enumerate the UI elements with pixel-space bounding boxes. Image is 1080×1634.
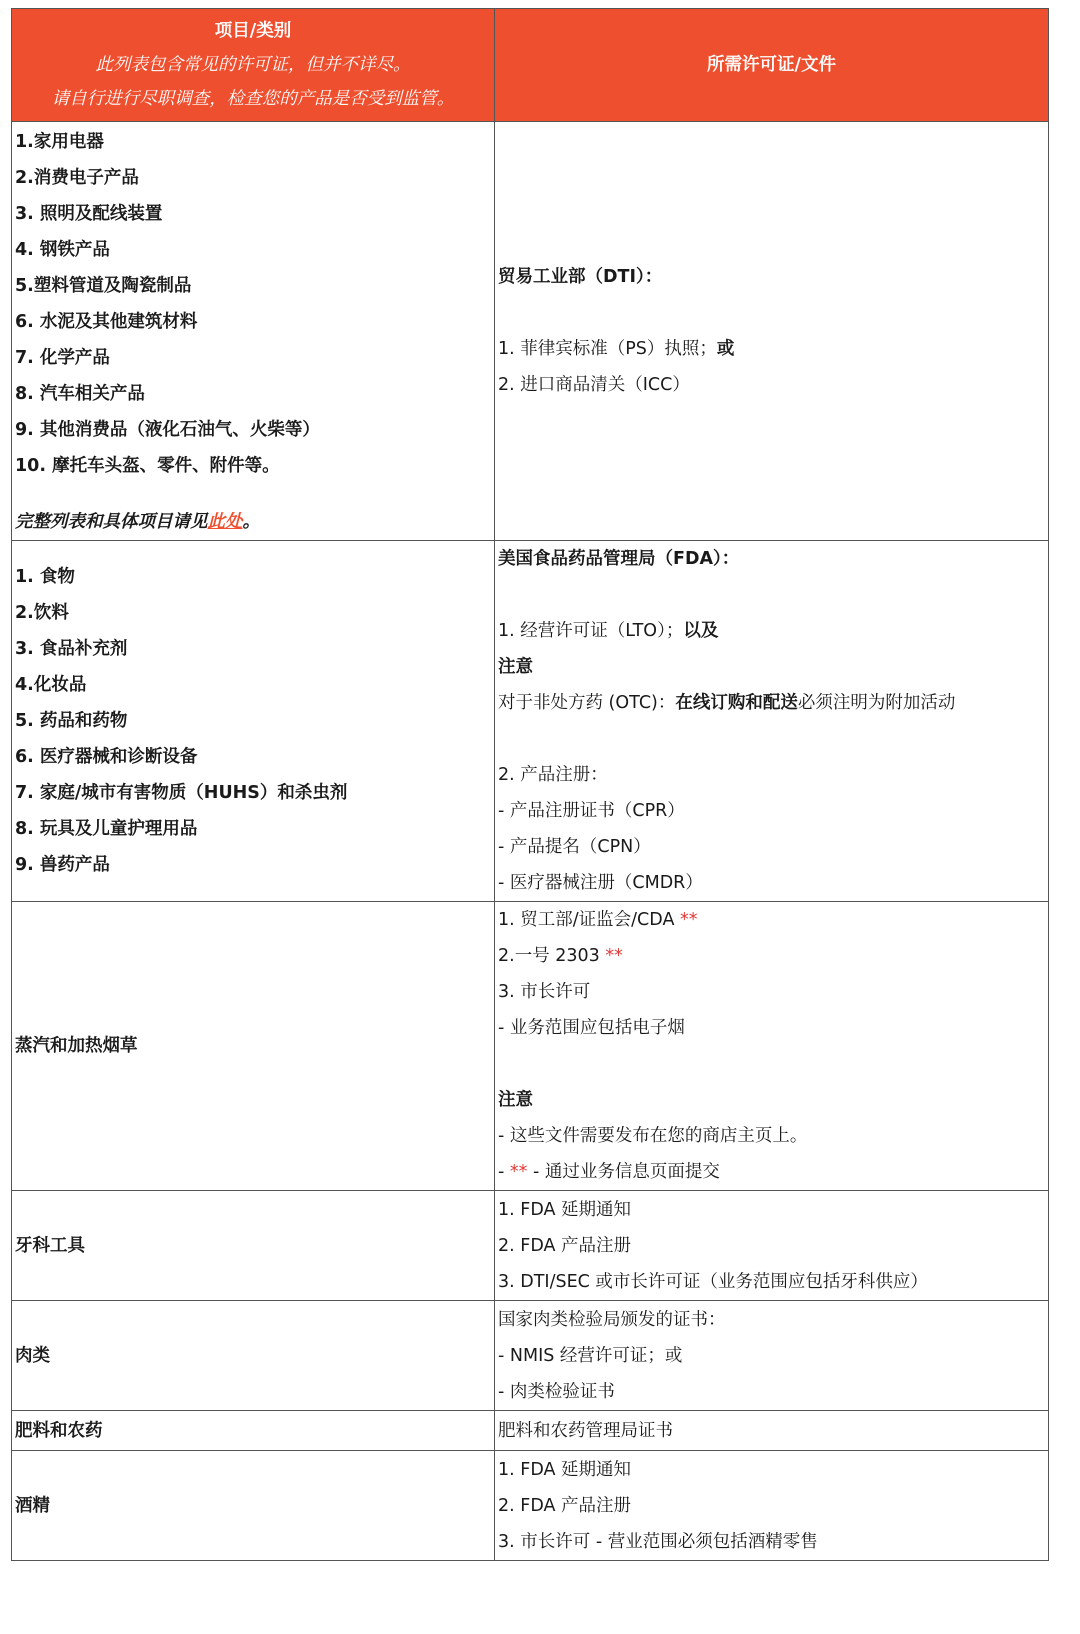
permit-item: 肥料和农药管理局证书 xyxy=(498,1413,1045,1449)
category-item: 9. 其他消费品（液化石油气、火柴等） xyxy=(15,412,491,448)
permit-item: 1. FDA 延期通知 xyxy=(498,1192,1045,1228)
table-row: 蒸汽和加热烟草 1. 贸工部/证监会/CDA ** 2.一号 2303 ** 3… xyxy=(12,902,1049,1191)
table-row: 肉类 国家肉类检验局颁发的证书： - NMIS 经营许可证；或 - 肉类检验证书 xyxy=(12,1301,1049,1411)
category-label: 蒸汽和加热烟草 xyxy=(15,1028,491,1064)
category-cell: 1.家用电器 2.消费电子产品 3. 照明及配线装置 4. 钢铁产品 5.塑料管… xyxy=(12,122,495,541)
category-item: 6. 水泥及其他建筑材料 xyxy=(15,304,491,340)
permit-item: 1. 菲律宾标准（PS）执照；或 xyxy=(498,331,1045,367)
category-label: 肥料和农药 xyxy=(15,1413,491,1449)
category-item: 4.化妆品 xyxy=(15,667,491,703)
permit-item: 3. DTI/SEC 或市长许可证（业务范围应包括牙科供应） xyxy=(498,1264,1045,1300)
category-cell: 酒精 xyxy=(12,1451,495,1561)
category-item: 3. 照明及配线装置 xyxy=(15,196,491,232)
category-cell: 蒸汽和加热烟草 xyxy=(12,902,495,1191)
table-row: 酒精 1. FDA 延期通知 2. FDA 产品注册 3. 市长许可 - 营业范… xyxy=(12,1451,1049,1561)
permit-item: 1. 经营许可证（LTO）；以及 xyxy=(498,613,1045,649)
permit-item: 3. 市长许可 - 营业范围必须包括酒精零售 xyxy=(498,1524,1045,1560)
permits-table: 项目/类别 此列表包含常见的许可证，但并不详尽。 请自行进行尽职调查，检查您的产… xyxy=(11,8,1049,1561)
category-label: 肉类 xyxy=(15,1338,491,1374)
category-item: 7. 化学产品 xyxy=(15,340,491,376)
category-item: 1. 食物 xyxy=(15,559,491,595)
permit-subitem: - 医疗器械注册（CMDR） xyxy=(498,865,1045,901)
category-label: 牙科工具 xyxy=(15,1228,491,1264)
category-item: 2.饮料 xyxy=(15,595,491,631)
permits-cell: 肥料和农药管理局证书 xyxy=(495,1411,1049,1451)
category-item: 6. 医疗器械和诊断设备 xyxy=(15,739,491,775)
permit-item: 1. 贸工部/证监会/CDA ** xyxy=(498,902,1045,938)
permit-subitem: - 产品提名（CPN） xyxy=(498,829,1045,865)
category-item: 5. 药品和药物 xyxy=(15,703,491,739)
table-row: 牙科工具 1. FDA 延期通知 2. FDA 产品注册 3. DTI/SEC … xyxy=(12,1191,1049,1301)
category-cell: 1. 食物 2.饮料 3. 食品补充剂 4.化妆品 5. 药品和药物 6. 医疗… xyxy=(12,541,495,902)
permit-item: 2.一号 2303 ** xyxy=(498,938,1045,974)
table-row: 1. 食物 2.饮料 3. 食品补充剂 4.化妆品 5. 药品和药物 6. 医疗… xyxy=(12,541,1049,902)
category-item: 8. 汽车相关产品 xyxy=(15,376,491,412)
permits-cell: 1. FDA 延期通知 2. FDA 产品注册 3. 市长许可 - 营业范围必须… xyxy=(495,1451,1049,1561)
agency-label: 贸易工业部（DTI）： xyxy=(498,259,1045,295)
table-row: 1.家用电器 2.消费电子产品 3. 照明及配线装置 4. 钢铁产品 5.塑料管… xyxy=(12,122,1049,541)
category-cell: 肉类 xyxy=(12,1301,495,1411)
header-permits-title: 所需许可证/文件 xyxy=(498,48,1045,82)
permit-item: 2. 进口商品清关（ICC） xyxy=(498,367,1045,403)
table-header-row: 项目/类别 此列表包含常见的许可证，但并不详尽。 请自行进行尽职调查，检查您的产… xyxy=(12,9,1049,122)
permit-item: - 肉类检验证书 xyxy=(498,1374,1045,1410)
note-label: 注意 xyxy=(498,649,1045,685)
category-item: 5.塑料管道及陶瓷制品 xyxy=(15,268,491,304)
permits-cell: 1. FDA 延期通知 2. FDA 产品注册 3. DTI/SEC 或市长许可… xyxy=(495,1191,1049,1301)
asterisk-marker: ** xyxy=(680,910,698,930)
header-permits-cell: 所需许可证/文件 xyxy=(495,9,1049,122)
permits-cell: 美国食品药品管理局（FDA）： 1. 经营许可证（LTO）；以及 注意 对于非处… xyxy=(495,541,1049,902)
permit-item: 2. 产品注册： xyxy=(498,757,1045,793)
category-item: 1.家用电器 xyxy=(15,124,491,160)
note-text: - ** - 通过业务信息页面提交 xyxy=(498,1154,1045,1190)
permit-item: 1. FDA 延期通知 xyxy=(498,1452,1045,1488)
note-text: 对于非处方药 (OTC)：在线订购和配送必须注明为附加活动 xyxy=(498,685,1045,721)
category-item: 4. 钢铁产品 xyxy=(15,232,491,268)
full-list-link[interactable]: 此处 xyxy=(208,512,243,532)
header-disclaimer-2: 请自行进行尽职调查，检查您的产品是否受到监管。 xyxy=(15,82,491,116)
category-cell: 牙科工具 xyxy=(12,1191,495,1301)
permit-subitem: - 产品注册证书（CPR） xyxy=(498,793,1045,829)
asterisk-marker: ** xyxy=(510,1162,528,1182)
table-row: 肥料和农药 肥料和农药管理局证书 xyxy=(12,1411,1049,1451)
category-item: 10. 摩托车头盔、零件、附件等。 xyxy=(15,448,491,484)
permits-cell: 1. 贸工部/证监会/CDA ** 2.一号 2303 ** 3. 市长许可 -… xyxy=(495,902,1049,1191)
asterisk-marker: ** xyxy=(605,946,623,966)
permit-item: - NMIS 经营许可证；或 xyxy=(498,1338,1045,1374)
category-item: 9. 兽药产品 xyxy=(15,847,491,883)
permit-subitem: - 业务范围应包括电子烟 xyxy=(498,1010,1045,1046)
note-text: - 这些文件需要发布在您的商店主页上。 xyxy=(498,1118,1045,1154)
note-label: 注意 xyxy=(498,1082,1045,1118)
permits-cell: 国家肉类检验局颁发的证书： - NMIS 经营许可证；或 - 肉类检验证书 xyxy=(495,1301,1049,1411)
header-category-title: 项目/类别 xyxy=(15,14,491,48)
permits-cell: 贸易工业部（DTI）： 1. 菲律宾标准（PS）执照；或 2. 进口商品清关（I… xyxy=(495,122,1049,541)
category-item: 8. 玩具及儿童护理用品 xyxy=(15,811,491,847)
full-list-footnote: 完整列表和具体项目请见此处。 xyxy=(15,504,491,540)
agency-label: 美国食品药品管理局（FDA）： xyxy=(498,541,1045,577)
header-disclaimer-1: 此列表包含常见的许可证，但并不详尽。 xyxy=(15,48,491,82)
category-label: 酒精 xyxy=(15,1488,491,1524)
category-item: 7. 家庭/城市有害物质（HUHS）和杀虫剂 xyxy=(15,775,491,811)
permit-item: 3. 市长许可 xyxy=(498,974,1045,1010)
permit-item: 2. FDA 产品注册 xyxy=(498,1488,1045,1524)
permit-item: 2. FDA 产品注册 xyxy=(498,1228,1045,1264)
header-category-cell: 项目/类别 此列表包含常见的许可证，但并不详尽。 请自行进行尽职调查，检查您的产… xyxy=(12,9,495,122)
category-cell: 肥料和农药 xyxy=(12,1411,495,1451)
category-item: 2.消费电子产品 xyxy=(15,160,491,196)
category-item: 3. 食品补充剂 xyxy=(15,631,491,667)
permit-item: 国家肉类检验局颁发的证书： xyxy=(498,1302,1045,1338)
